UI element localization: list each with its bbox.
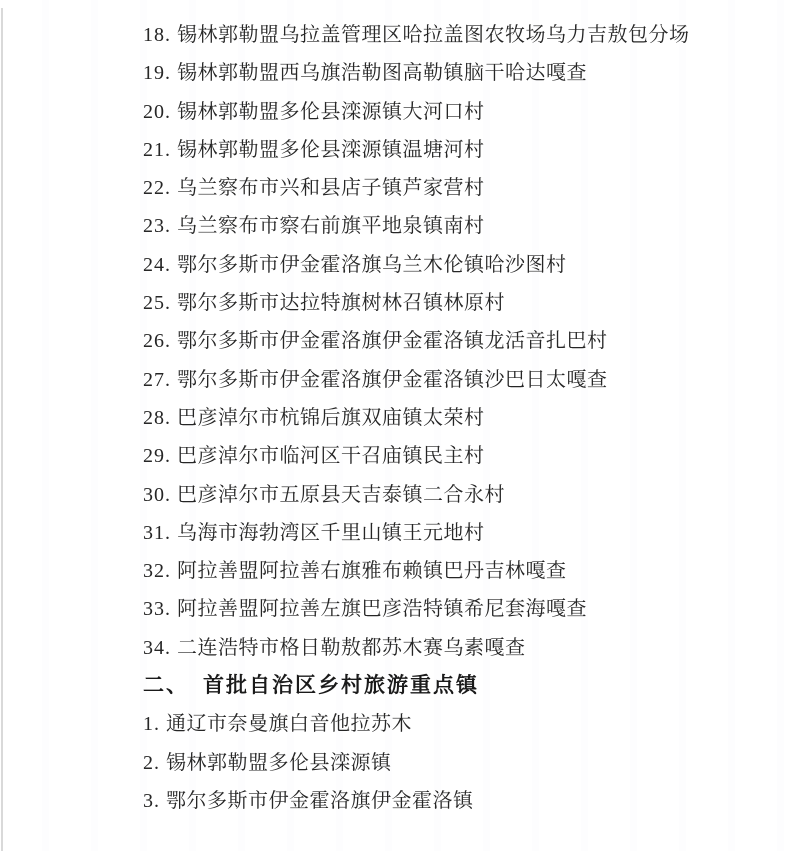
section-heading: 二、首批自治区乡村旅游重点镇 [143,667,703,705]
list-item: 3.鄂尔多斯市伊金霍洛旗伊金霍洛镇 [143,782,703,820]
item-text: 锡林郭勒盟多伦县滦源镇温塘河村 [177,139,485,161]
item-number: 32. [143,552,171,590]
item-text: 二连浩特市格日勒敖都苏木赛乌素嘎查 [177,637,526,659]
item-text: 乌兰察布市兴和县店子镇芦家营村 [177,177,485,199]
item-number: 28. [143,399,171,437]
list-item: 27.鄂尔多斯市伊金霍洛旗伊金霍洛镇沙巴日太嘎查 [143,361,703,399]
item-text: 锡林郭勒盟乌拉盖管理区哈拉盖图农牧场乌力吉敖包分场 [177,24,690,46]
item-number: 31. [143,514,171,552]
list-item: 22.乌兰察布市兴和县店子镇芦家营村 [143,169,703,207]
scan-edge-line [1,8,3,851]
item-text: 鄂尔多斯市伊金霍洛旗伊金霍洛镇沙巴日太嘎查 [177,369,608,391]
item-text: 锡林郭勒盟多伦县滦源镇 [166,752,392,774]
item-number: 29. [143,437,171,475]
item-number: 22. [143,169,171,207]
item-text: 通辽市奈曼旗白音他拉苏木 [166,713,412,735]
list-item: 26.鄂尔多斯市伊金霍洛旗伊金霍洛镇龙活音扎巴村 [143,322,703,360]
item-number: 19. [143,54,171,92]
list-item: 18.锡林郭勒盟乌拉盖管理区哈拉盖图农牧场乌力吉敖包分场 [143,16,703,54]
item-number: 18. [143,16,171,54]
document-page: 18.锡林郭勒盟乌拉盖管理区哈拉盖图农牧场乌力吉敖包分场 19.锡林郭勒盟西乌旗… [0,0,795,851]
list-item: 1.通辽市奈曼旗白音他拉苏木 [143,705,703,743]
list-item: 20.锡林郭勒盟多伦县滦源镇大河口村 [143,93,703,131]
item-number: 2. [143,744,160,782]
document-body: 18.锡林郭勒盟乌拉盖管理区哈拉盖图农牧场乌力吉敖包分场 19.锡林郭勒盟西乌旗… [143,16,703,820]
item-number: 25. [143,284,171,322]
list-item: 28.巴彦淖尔市杭锦后旗双庙镇太荣村 [143,399,703,437]
item-text: 鄂尔多斯市达拉特旗树林召镇林原村 [177,292,505,314]
item-number: 3. [143,782,160,820]
item-text: 乌海市海勃湾区千里山镇王元地村 [177,522,485,544]
list-item: 32.阿拉善盟阿拉善右旗雅布赖镇巴丹吉林嘎查 [143,552,703,590]
item-number: 20. [143,93,171,131]
item-number: 23. [143,207,171,245]
section-title: 首批自治区乡村旅游重点镇 [203,674,479,697]
list-item: 29.巴彦淖尔市临河区干召庙镇民主村 [143,437,703,475]
list-item: 25.鄂尔多斯市达拉特旗树林召镇林原村 [143,284,703,322]
item-text: 鄂尔多斯市伊金霍洛旗伊金霍洛镇龙活音扎巴村 [177,330,608,352]
item-number: 24. [143,246,171,284]
item-number: 30. [143,476,171,514]
list-item: 21.锡林郭勒盟多伦县滦源镇温塘河村 [143,131,703,169]
list-item: 24.鄂尔多斯市伊金霍洛旗乌兰木伦镇哈沙图村 [143,246,703,284]
item-number: 21. [143,131,171,169]
list-item: 34.二连浩特市格日勒敖都苏木赛乌素嘎查 [143,629,703,667]
item-text: 阿拉善盟阿拉善右旗雅布赖镇巴丹吉林嘎查 [177,560,567,582]
item-number: 27. [143,361,171,399]
item-text: 锡林郭勒盟西乌旗浩勒图高勒镇脑干哈达嘎查 [177,62,587,84]
list-item: 2.锡林郭勒盟多伦县滦源镇 [143,744,703,782]
item-number: 34. [143,629,171,667]
item-text: 阿拉善盟阿拉善左旗巴彦浩特镇希尼套海嘎查 [177,598,587,620]
item-text: 巴彦淖尔市临河区干召庙镇民主村 [177,445,485,467]
section-number: 二、 [143,667,189,705]
item-text: 鄂尔多斯市伊金霍洛旗乌兰木伦镇哈沙图村 [177,254,567,276]
item-number: 26. [143,322,171,360]
list-item: 23.乌兰察布市察右前旗平地泉镇南村 [143,207,703,245]
item-text: 鄂尔多斯市伊金霍洛旗伊金霍洛镇 [166,790,474,812]
list-item: 33.阿拉善盟阿拉善左旗巴彦浩特镇希尼套海嘎查 [143,590,703,628]
list-item: 30.巴彦淖尔市五原县天吉泰镇二合永村 [143,476,703,514]
list-item: 19.锡林郭勒盟西乌旗浩勒图高勒镇脑干哈达嘎查 [143,54,703,92]
item-text: 巴彦淖尔市五原县天吉泰镇二合永村 [177,484,505,506]
list-item: 31.乌海市海勃湾区千里山镇王元地村 [143,514,703,552]
item-number: 33. [143,590,171,628]
item-text: 锡林郭勒盟多伦县滦源镇大河口村 [177,101,485,123]
item-text: 乌兰察布市察右前旗平地泉镇南村 [177,215,485,237]
item-text: 巴彦淖尔市杭锦后旗双庙镇太荣村 [177,407,485,429]
item-number: 1. [143,705,160,743]
